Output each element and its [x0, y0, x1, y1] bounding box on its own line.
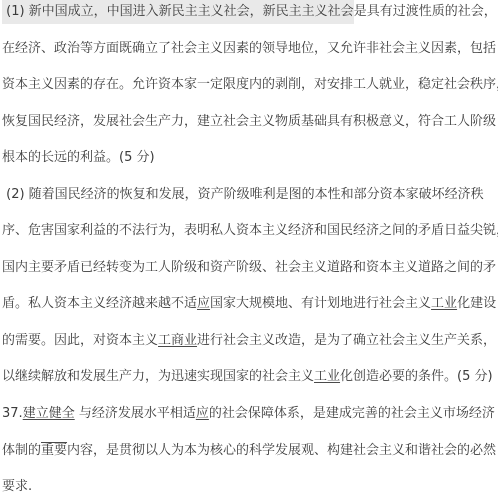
text-line: (1) 新中国成立，中国进入新民主主义社会，新民主主义社会是具有过渡性质的社会，: [2, 0, 498, 31]
text-line: 体制的重要内容，是贯彻以人为本为核心的科学发展观、构建社会主义和谐社会的必然: [2, 433, 498, 470]
text-segment: 资本主义因素的存在。允许资本家一定限度内的剥削，对安排工人就业，稳定社会秩序，: [2, 77, 498, 92]
text-line: 盾。私人资本主义经济越来越不适应国家大规模地、有计划地进行社会主义工业化建设: [2, 286, 498, 323]
text-segment: 内容，是贯彻以人为本为核心的科学发展观、构建社会主义和谐社会的必然: [67, 443, 496, 458]
text-line: 国内主要矛盾已经转变为工人阶级和资产阶级、社会主义道路和资本主义道路之间的矛: [2, 250, 498, 287]
text-line: 要求.: [2, 469, 498, 500]
text-line: 资本主义因素的存在。允许资本家一定限度内的剥削，对安排工人就业，稳定社会秩序，: [2, 67, 498, 104]
highlighted-text-segment: (1) 新中国成立，中国进入新民主主义社会，新民主主义社会: [2, 0, 354, 24]
text-segment: 国家大规模地、有计划地进行社会主义: [210, 296, 431, 311]
document-page: (1) 新中国成立，中国进入新民主主义社会，新民主主义社会是具有过渡性质的社会，…: [0, 0, 500, 500]
text-line: 的需要。因此，对资本主义工商业进行社会主义改造，是为了确立社会主义生产关系，: [2, 323, 498, 360]
text-line: 在经济、政治等方面既确立了社会主义因素的领导地位，又允许非社会主义因素，包括: [2, 31, 498, 68]
text-segment: 工业: [314, 369, 340, 384]
text-line: 根本的长远的利益。(5 分): [2, 140, 498, 177]
text-segment: 的需要。因此，对资本主义: [2, 333, 158, 348]
text-segment: 以继续解放和发展生产力，为迅速实现国家的社会主义: [2, 369, 314, 384]
text-segment: (2) 随着国民经济的恢复和发展，资产阶级唯利是图的本性和部分资本家破坏经济秩: [2, 187, 484, 202]
text-line: 序、危害国家利益的不法行为，表明私人资本主义经济和国民经济之间的矛盾日益尖锐，: [2, 213, 498, 250]
text-line: 37.建立健全 与经济发展水平相适应的社会保障体系，是建成完善的社会主义市场经济: [2, 396, 498, 433]
text-segment: 根本的长远的利益。(5 分): [2, 150, 155, 165]
text-line: (2) 随着国民经济的恢复和发展，资产阶级唯利是图的本性和部分资本家破坏经济秩: [2, 177, 498, 214]
text-segment: 37.: [2, 406, 23, 421]
text-segment: 是具有过渡性质的社会，: [354, 4, 497, 19]
text-segment: 化建设: [457, 296, 496, 311]
text-segment: 与经济发展水平相适: [75, 406, 196, 421]
text-segment: 体制的: [2, 443, 41, 458]
text-segment: 进行社会主义改造，是为了确立社会主义生产关系，: [197, 333, 496, 348]
text-segment: 重要: [41, 443, 67, 458]
text-segment: 化创造必要的条件。(5 分): [340, 369, 493, 384]
text-segment: 在经济、政治等方面既确立了社会主义因素的领导地位，又允许非社会主义因素，包括: [2, 41, 496, 56]
text-segment: 工商业: [158, 333, 197, 348]
text-segment: 序、危害国家利益的不法行为，表明私人资本主义经济和国民经济之间的矛盾日益尖锐，: [2, 223, 498, 238]
text-segment: 要求.: [2, 479, 32, 494]
text-segment: 建立健全: [23, 406, 75, 421]
text-line: 恢复国民经济，发展社会生产力，建立社会主义物质基础具有积极意义，符合工人阶级: [2, 104, 498, 141]
text-segment: 恢复国民经济，发展社会生产力，建立社会主义物质基础具有积极意义，符合工人阶级: [2, 114, 496, 129]
text-segment: 盾。私人资本主义经济越来越不适: [2, 296, 197, 311]
text-segment: 应: [196, 406, 209, 421]
text-line: 以继续解放和发展生产力，为迅速实现国家的社会主义工业化创造必要的条件。(5 分): [2, 359, 498, 396]
text-segment: 的社会保障体系，是建成完善的社会主义市场经济: [209, 406, 495, 421]
text-segment: 国内主要矛盾已经转变为工人阶级和资产阶级、社会主义道路和资本主义道路之间的矛: [2, 260, 496, 275]
text-segment: 工业: [431, 296, 457, 311]
text-segment: 应: [197, 296, 210, 311]
